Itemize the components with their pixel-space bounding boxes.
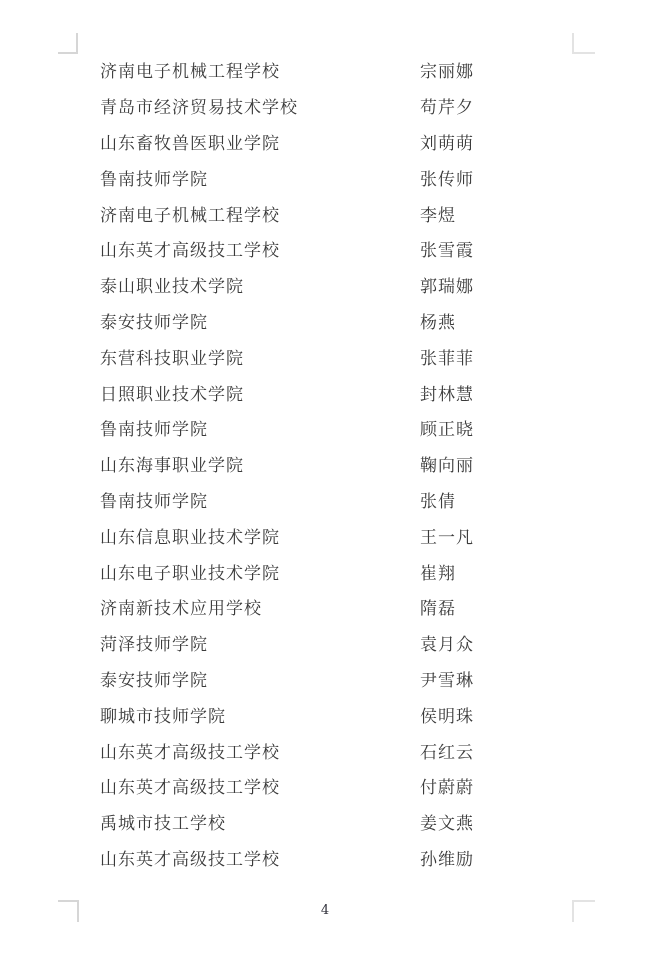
crop-mark-top-right-icon [572, 33, 595, 54]
school-cell: 山东英才高级技工学校 [100, 773, 420, 798]
person-name-cell: 隋磊 [420, 594, 572, 619]
school-cell: 山东电子职业技术学院 [100, 559, 420, 584]
person-name-cell: 姜文燕 [420, 809, 572, 834]
table-row: 山东海事职业学院鞠向丽 [100, 446, 572, 482]
person-name-cell: 封林慧 [420, 380, 572, 405]
table-row: 鲁南技师学院张传师 [100, 159, 572, 195]
table-row: 日照职业技术学院封林慧 [100, 374, 572, 410]
table-row: 鲁南技师学院张倩 [100, 482, 572, 518]
person-name-cell: 王一凡 [420, 523, 572, 548]
school-cell: 济南新技术应用学校 [100, 594, 420, 619]
table-row: 泰山职业技术学院郭瑞娜 [100, 267, 572, 303]
person-name-cell: 张传师 [420, 165, 572, 190]
school-cell: 鲁南技师学院 [100, 165, 420, 190]
school-cell: 聊城市技师学院 [100, 702, 420, 727]
person-name-cell: 付蔚蔚 [420, 773, 572, 798]
school-cell: 泰山职业技术学院 [100, 272, 420, 297]
table-row: 青岛市经济贸易技术学校苟芹夕 [100, 88, 572, 124]
school-cell: 山东英才高级技工学校 [100, 236, 420, 261]
person-name-cell: 苟芹夕 [420, 93, 572, 118]
school-cell: 青岛市经济贸易技术学校 [100, 93, 420, 118]
page-number: 4 [0, 903, 650, 918]
table-row: 山东英才高级技工学校石红云 [100, 732, 572, 768]
school-cell: 鲁南技师学院 [100, 487, 420, 512]
school-cell: 山东畜牧兽医职业学院 [100, 129, 420, 154]
roster-list: 济南电子机械工程学校宗丽娜青岛市经济贸易技术学校苟芹夕山东畜牧兽医职业学院刘萌萌… [100, 52, 572, 875]
crop-mark-top-left-icon [58, 33, 78, 54]
person-name-cell: 尹雪琳 [420, 666, 572, 691]
table-row: 济南电子机械工程学校宗丽娜 [100, 52, 572, 88]
table-row: 菏泽技师学院袁月众 [100, 625, 572, 661]
person-name-cell: 崔翔 [420, 559, 572, 584]
table-row: 山东畜牧兽医职业学院刘萌萌 [100, 124, 572, 160]
person-name-cell: 张倩 [420, 487, 572, 512]
person-name-cell: 郭瑞娜 [420, 272, 572, 297]
table-row: 济南电子机械工程学校李煜 [100, 195, 572, 231]
person-name-cell: 侯明珠 [420, 702, 572, 727]
school-cell: 禹城市技工学校 [100, 809, 420, 834]
school-cell: 济南电子机械工程学校 [100, 57, 420, 82]
table-row: 山东英才高级技工学校孙维励 [100, 840, 572, 876]
table-row: 禹城市技工学校姜文燕 [100, 804, 572, 840]
table-row: 鲁南技师学院顾正晓 [100, 410, 572, 446]
table-row: 聊城市技师学院侯明珠 [100, 696, 572, 732]
table-row: 泰安技师学院杨燕 [100, 303, 572, 339]
table-row: 山东英才高级技工学校付蔚蔚 [100, 768, 572, 804]
person-name-cell: 刘萌萌 [420, 129, 572, 154]
school-cell: 山东英才高级技工学校 [100, 845, 420, 870]
person-name-cell: 顾正晓 [420, 415, 572, 440]
person-name-cell: 杨燕 [420, 308, 572, 333]
table-row: 山东信息职业技术学院王一凡 [100, 517, 572, 553]
school-cell: 山东海事职业学院 [100, 451, 420, 476]
person-name-cell: 张菲菲 [420, 344, 572, 369]
school-cell: 鲁南技师学院 [100, 415, 420, 440]
person-name-cell: 孙维励 [420, 845, 572, 870]
school-cell: 山东英才高级技工学校 [100, 738, 420, 763]
person-name-cell: 张雪霞 [420, 236, 572, 261]
school-cell: 泰安技师学院 [100, 666, 420, 691]
table-row: 济南新技术应用学校隋磊 [100, 589, 572, 625]
school-cell: 日照职业技术学院 [100, 380, 420, 405]
document-page: 济南电子机械工程学校宗丽娜青岛市经济贸易技术学校苟芹夕山东畜牧兽医职业学院刘萌萌… [0, 0, 650, 958]
school-cell: 济南电子机械工程学校 [100, 201, 420, 226]
table-row: 山东英才高级技工学校张雪霞 [100, 231, 572, 267]
school-cell: 泰安技师学院 [100, 308, 420, 333]
school-cell: 东营科技职业学院 [100, 344, 420, 369]
person-name-cell: 袁月众 [420, 630, 572, 655]
person-name-cell: 宗丽娜 [420, 57, 572, 82]
table-row: 泰安技师学院尹雪琳 [100, 661, 572, 697]
school-cell: 山东信息职业技术学院 [100, 523, 420, 548]
person-name-cell: 鞠向丽 [420, 451, 572, 476]
table-row: 东营科技职业学院张菲菲 [100, 338, 572, 374]
person-name-cell: 李煜 [420, 201, 572, 226]
table-row: 山东电子职业技术学院崔翔 [100, 553, 572, 589]
school-cell: 菏泽技师学院 [100, 630, 420, 655]
person-name-cell: 石红云 [420, 738, 572, 763]
